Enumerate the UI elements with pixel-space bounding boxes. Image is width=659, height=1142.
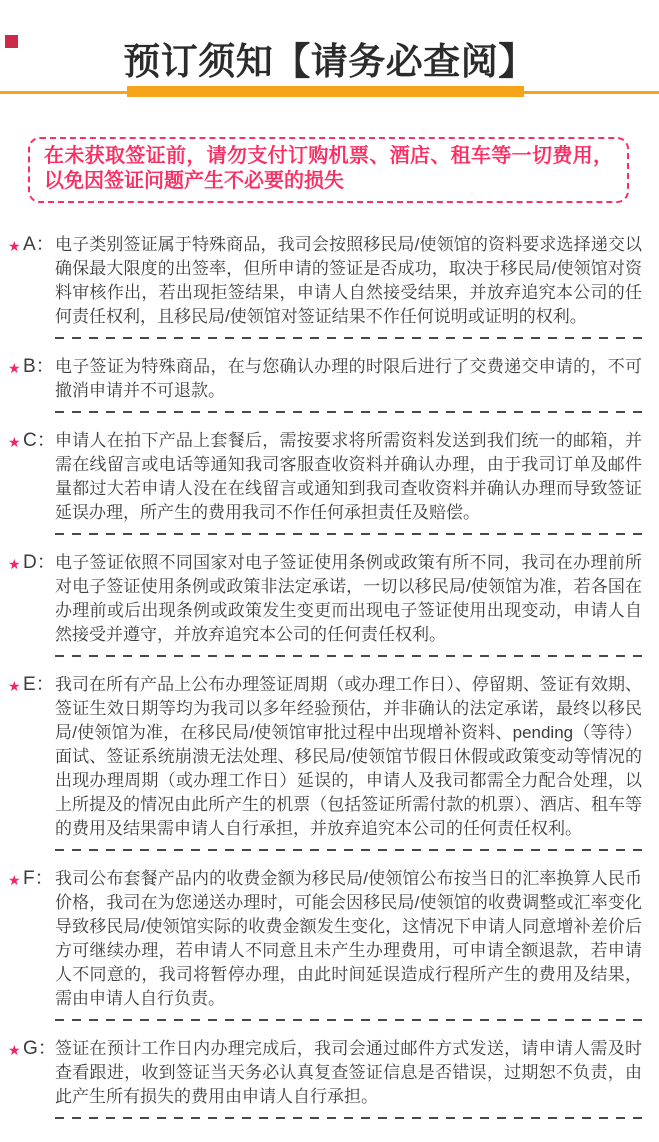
- page-header: 预订须知【请务必查阅】: [0, 0, 659, 100]
- warning-box: 在未获取签证前，请勿支付订购机票、酒店、租车等一切费用，以免因签证问题产生不必要…: [28, 137, 629, 203]
- notice-row: ★ B： 电子签证为特殊商品，在与您确认办理的时限后进行了交费递交申请的，不可撤…: [8, 355, 642, 413]
- notice-label: F：: [23, 867, 55, 891]
- notice-text-column: 电子签证为特殊商品，在与您确认办理的时限后进行了交费递交申请的，不可撤消申请并不…: [55, 355, 642, 413]
- notice-item: ★ E： 我司在所有产品上公布办理签证周期（或办理工作日）、停留期、签证有效期、…: [8, 673, 642, 851]
- notice-text-column: 电子类别签证属于特殊商品，我司会按照移民局/使领馆的资料要求选择递交以确保最大限…: [55, 233, 642, 339]
- star-icon: ★: [8, 1037, 23, 1062]
- notice-row: ★ A： 电子类别签证属于特殊商品，我司会按照移民局/使领馆的资料要求选择递交以…: [8, 233, 642, 339]
- dashed-separator: [55, 337, 642, 339]
- booking-notice-page: 预订须知【请务必查阅】 在未获取签证前，请勿支付订购机票、酒店、租车等一切费用，…: [0, 0, 659, 1142]
- notice-text: 电子类别签证属于特殊商品，我司会按照移民局/使领馆的资料要求选择递交以确保最大限…: [55, 233, 642, 329]
- star-icon: ★: [8, 233, 23, 258]
- notice-label: C：: [23, 429, 55, 453]
- notice-label: D：: [23, 551, 55, 575]
- notice-item: ★ B： 电子签证为特殊商品，在与您确认办理的时限后进行了交费递交申请的，不可撤…: [8, 355, 642, 413]
- dashed-separator: [55, 533, 642, 535]
- notice-text: 电子签证依照不同国家对电子签证使用条例或政策有所不同，我司在办理前所对电子签证使…: [55, 551, 642, 647]
- notice-text-column: 我司公布套餐产品内的收费金额为移民局/使领馆公布按当日的汇率换算人民币价格，我司…: [55, 867, 642, 1021]
- notice-label: B：: [23, 355, 55, 379]
- dashed-separator: [55, 1117, 642, 1119]
- notice-text-column: 申请人在拍下产品上套餐后，需按要求将所需资料发送到我们统一的邮箱，并需在线留言或…: [55, 429, 642, 535]
- notice-label: G：: [23, 1037, 55, 1061]
- notice-label: E：: [23, 673, 55, 697]
- star-icon: ★: [8, 673, 23, 698]
- dashed-separator: [55, 849, 642, 851]
- dashed-separator: [55, 411, 642, 413]
- notice-item: ★ C： 申请人在拍下产品上套餐后，需按要求将所需资料发送到我们统一的邮箱，并需…: [8, 429, 642, 535]
- notice-list: ★ A： 电子类别签证属于特殊商品，我司会按照移民局/使领馆的资料要求选择递交以…: [0, 233, 659, 1119]
- notice-row: ★ D： 电子签证依照不同国家对电子签证使用条例或政策有所不同，我司在办理前所对…: [8, 551, 642, 657]
- star-icon: ★: [8, 429, 23, 454]
- page-title: 预订须知【请务必查阅】: [0, 0, 659, 83]
- notice-row: ★ G： 签证在预计工作日内办理完成后，我司会通过邮件方式发送，请申请人需及时查…: [8, 1037, 642, 1119]
- star-icon: ★: [8, 355, 23, 380]
- notice-item: ★ F： 我司公布套餐产品内的收费金额为移民局/使领馆公布按当日的汇率换算人民币…: [8, 867, 642, 1021]
- notice-label: A：: [23, 233, 55, 257]
- header-underline-thick: [127, 86, 524, 97]
- notice-text: 我司在所有产品上公布办理签证周期（或办理工作日）、停留期、签证有效期、签证生效日…: [55, 673, 642, 841]
- warning-text: 在未获取签证前，请勿支付订购机票、酒店、租车等一切费用，以免因签证问题产生不必要…: [44, 144, 613, 194]
- notice-text: 我司公布套餐产品内的收费金额为移民局/使领馆公布按当日的汇率换算人民币价格，我司…: [55, 867, 642, 1011]
- notice-text-column: 电子签证依照不同国家对电子签证使用条例或政策有所不同，我司在办理前所对电子签证使…: [55, 551, 642, 657]
- notice-text: 签证在预计工作日内办理完成后，我司会通过邮件方式发送，请申请人需及时查看跟进，收…: [55, 1037, 642, 1109]
- dashed-separator: [55, 1019, 642, 1021]
- notice-row: ★ E： 我司在所有产品上公布办理签证周期（或办理工作日）、停留期、签证有效期、…: [8, 673, 642, 851]
- dashed-separator: [55, 655, 642, 657]
- notice-row: ★ F： 我司公布套餐产品内的收费金额为移民局/使领馆公布按当日的汇率换算人民币…: [8, 867, 642, 1021]
- notice-text-column: 我司在所有产品上公布办理签证周期（或办理工作日）、停留期、签证有效期、签证生效日…: [55, 673, 642, 851]
- notice-item: ★ G： 签证在预计工作日内办理完成后，我司会通过邮件方式发送，请申请人需及时查…: [8, 1037, 642, 1119]
- notice-text-column: 签证在预计工作日内办理完成后，我司会通过邮件方式发送，请申请人需及时查看跟进，收…: [55, 1037, 642, 1119]
- notice-item: ★ D： 电子签证依照不同国家对电子签证使用条例或政策有所不同，我司在办理前所对…: [8, 551, 642, 657]
- notice-text: 电子签证为特殊商品，在与您确认办理的时限后进行了交费递交申请的，不可撤消申请并不…: [55, 355, 642, 403]
- star-icon: ★: [8, 867, 23, 892]
- notice-row: ★ C： 申请人在拍下产品上套餐后，需按要求将所需资料发送到我们统一的邮箱，并需…: [8, 429, 642, 535]
- star-icon: ★: [8, 551, 23, 576]
- notice-text: 申请人在拍下产品上套餐后，需按要求将所需资料发送到我们统一的邮箱，并需在线留言或…: [55, 429, 642, 525]
- notice-item: ★ A： 电子类别签证属于特殊商品，我司会按照移民局/使领馆的资料要求选择递交以…: [8, 233, 642, 339]
